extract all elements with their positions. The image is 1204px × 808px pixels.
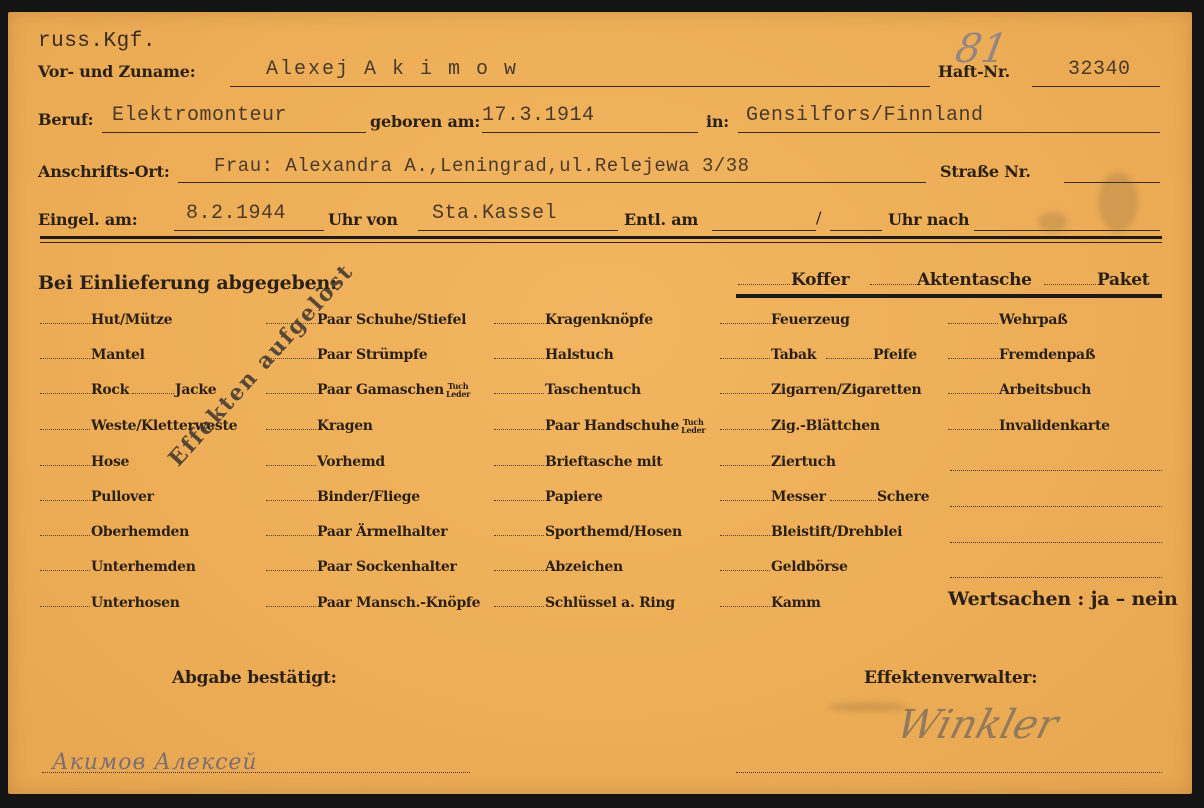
luggage-underline xyxy=(736,294,1162,298)
material-note: TuchLeder xyxy=(681,418,705,434)
item-abzeichen[interactable]: Abzeichen xyxy=(494,559,623,575)
stain xyxy=(1038,212,1068,232)
geboren-label: geboren am: xyxy=(370,112,480,131)
item-zigblaettchen[interactable]: Zig.-Blättchen xyxy=(720,418,880,434)
manager-label: Effektenverwalter: xyxy=(864,668,1037,688)
blank-line-2[interactable] xyxy=(950,506,1162,507)
strasse-label: Straße Nr. xyxy=(940,162,1031,181)
blank-line-3[interactable] xyxy=(950,542,1162,543)
item-hose[interactable]: Hose xyxy=(40,454,129,470)
item-kamm[interactable]: Kamm xyxy=(720,595,821,611)
eingel-value[interactable]: 8.2.1944 xyxy=(186,202,286,225)
item-arbeitsbuch[interactable]: Arbeitsbuch xyxy=(948,382,1091,398)
uhr-von-value[interactable]: Sta.Kassel xyxy=(432,202,557,225)
anschrift-label: Anschrifts-Ort: xyxy=(38,162,170,181)
item-sporthemd[interactable]: Sporthemd/Hosen xyxy=(494,524,682,540)
aktentasche-dots xyxy=(870,283,916,285)
blank-line-1[interactable] xyxy=(950,470,1162,471)
item-invalidenkarte[interactable]: Invalidenkarte xyxy=(948,418,1110,434)
item-binder[interactable]: Binder/Fliege xyxy=(266,489,420,505)
item-gamaschen[interactable]: Paar GamaschenTuchLeder xyxy=(266,382,470,398)
item-manschknoepfe[interactable]: Paar Mansch.-Knöpfe xyxy=(266,595,480,611)
item-messer[interactable]: Messer xyxy=(720,489,826,505)
item-feuerzeug[interactable]: Feuerzeug xyxy=(720,312,850,328)
item-brieftasche[interactable]: Brieftasche mit xyxy=(494,454,662,470)
luggage-paket[interactable]: Paket xyxy=(1044,270,1149,290)
uhr-nach-underline xyxy=(974,230,1160,231)
item-schere[interactable]: Schere xyxy=(830,489,929,505)
anschrift-underline xyxy=(178,182,926,183)
beruf-underline xyxy=(102,132,366,133)
manager-signature: Winkler xyxy=(892,702,1063,748)
item-wehrpass[interactable]: Wehrpaß xyxy=(948,312,1067,328)
header-divider-thick xyxy=(40,236,1162,239)
item-mantel[interactable]: Mantel xyxy=(40,347,145,363)
item-tabak[interactable]: Tabak xyxy=(720,347,816,363)
item-jacke[interactable]: Jacke xyxy=(132,382,216,398)
beruf-value[interactable]: Elektromonteur xyxy=(112,104,287,127)
item-aermelhalter[interactable]: Paar Ärmelhalter xyxy=(266,524,447,540)
entl-date-underline xyxy=(712,230,816,231)
item-unterhemden[interactable]: Unterhemden xyxy=(40,559,196,575)
item-papiere[interactable]: Papiere xyxy=(494,489,602,505)
anschrift-value[interactable]: Frau: Alexandra A.,Leningrad,ul.Relejewa… xyxy=(214,155,750,177)
confirm-label: Abgabe bestätigt: xyxy=(172,668,337,688)
item-kragen[interactable]: Kragen xyxy=(266,418,373,434)
item-unterhosen[interactable]: Unterhosen xyxy=(40,595,180,611)
item-schluessel[interactable]: Schlüssel a. Ring xyxy=(494,595,675,611)
paket-dots xyxy=(1044,283,1096,285)
header-divider-thin xyxy=(40,242,1162,243)
item-bleistift[interactable]: Bleistift/Drehblei xyxy=(720,524,902,540)
luggage-aktentasche[interactable]: Aktentasche xyxy=(870,270,1032,290)
beruf-label: Beruf: xyxy=(38,110,93,129)
effects-card: 81 russ.Kgf. Vor- und Zuname: Alexej A k… xyxy=(8,12,1192,794)
item-taschentuch[interactable]: Taschentuch xyxy=(494,382,641,398)
in-underline xyxy=(738,132,1160,133)
item-oberhemden[interactable]: Oberhemden xyxy=(40,524,189,540)
blank-line-4[interactable] xyxy=(950,577,1162,578)
item-hut[interactable]: Hut/Mütze xyxy=(40,312,172,328)
stain xyxy=(1098,172,1138,232)
item-rock[interactable]: Rock xyxy=(40,382,129,398)
valuables-label[interactable]: Wertsachen : ja – nein xyxy=(948,588,1178,610)
item-fremdenpass[interactable]: Fremdenpaß xyxy=(948,347,1095,363)
haft-label: Haft-Nr. xyxy=(938,62,1010,81)
prisoner-signature-line[interactable] xyxy=(42,772,470,773)
item-ziertuch[interactable]: Ziertuch xyxy=(720,454,836,470)
entl-separator: / xyxy=(816,208,821,227)
uhr-von-label: Uhr von xyxy=(328,210,398,229)
geboren-underline xyxy=(482,132,698,133)
geboren-value[interactable]: 17.3.1914 xyxy=(482,104,595,127)
material-note: TuchLeder xyxy=(446,382,470,398)
in-label: in: xyxy=(706,112,729,131)
item-halstuch[interactable]: Halstuch xyxy=(494,347,613,363)
prisoner-category: russ.Kgf. xyxy=(38,30,156,53)
uhr-von-underline xyxy=(418,230,618,231)
item-vorhemd[interactable]: Vorhemd xyxy=(266,454,385,470)
item-sockenhalter[interactable]: Paar Sockenhalter xyxy=(266,559,457,575)
name-underline xyxy=(230,86,930,87)
koffer-dots xyxy=(738,283,790,285)
item-zigarren[interactable]: Zigarren/Zigaretten xyxy=(720,382,921,398)
entl-label: Entl. am xyxy=(624,210,698,229)
in-value[interactable]: Gensilfors/Finnland xyxy=(746,104,984,127)
manager-signature-line[interactable] xyxy=(736,772,1162,773)
name-label: Vor- und Zuname: xyxy=(38,62,195,81)
items-section-title: Bei Einlieferung abgegeben: xyxy=(38,272,337,294)
item-pfeife[interactable]: Pfeife xyxy=(826,347,917,363)
item-geldboerse[interactable]: Geldbörse xyxy=(720,559,848,575)
eingel-underline xyxy=(174,230,324,231)
uhr-nach-label: Uhr nach xyxy=(888,210,969,229)
luggage-koffer[interactable]: Koffer xyxy=(738,270,849,290)
item-handschuhe[interactable]: Paar HandschuheTuchLeder xyxy=(494,418,705,434)
haft-value[interactable]: 32340 xyxy=(1068,58,1131,81)
item-pullover[interactable]: Pullover xyxy=(40,489,154,505)
haft-underline xyxy=(1032,86,1160,87)
entl-time-underline xyxy=(830,230,882,231)
eingel-label: Eingel. am: xyxy=(38,210,138,229)
stain xyxy=(828,702,908,712)
item-kragenknoepfe[interactable]: Kragenknöpfe xyxy=(494,312,653,328)
name-value[interactable]: Alexej A k i m o w xyxy=(266,58,518,81)
